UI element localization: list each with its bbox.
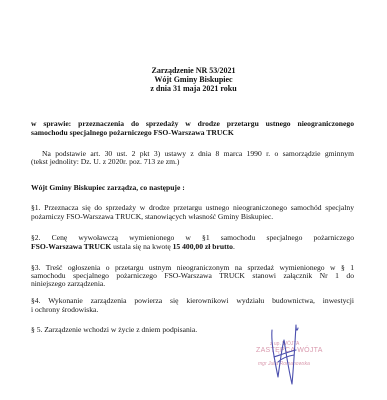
paragraph-1-line-2: pożarniczy FSO-Warszawa TRUCK, stanowiąc…	[31, 212, 273, 221]
decree-title: Zarządzenie NR 53/2021	[0, 66, 387, 75]
paragraph-4-line-2: i ochrony środowiska.	[31, 305, 98, 314]
paragraph-3-line-3: niniejszego zarządzenia.	[31, 279, 105, 288]
starting-price: 15 400,00 zł brutto	[173, 242, 233, 251]
paragraph-2-line-1: §2. Cenę wywoławczą wymienionego w §1 sa…	[31, 233, 354, 242]
paragraph-2-line-2: FSO-Warszawa TRUCK ustala się na kwotę 1…	[31, 242, 235, 251]
decree-date: z dnia 31 maja 2021 roku	[0, 84, 387, 93]
vehicle-name: FSO-Warszawa TRUCK	[31, 242, 111, 251]
decree-intro: Wójt Gminy Biskupiec zarządza, co następ…	[31, 183, 185, 192]
handwritten-signature-icon	[258, 322, 318, 392]
subject-line-2: samochodu specjalnego pożarniczego FSO-W…	[31, 128, 234, 137]
subject-line-1: w sprawie: przeznaczenia do sprzedaży w …	[31, 119, 354, 128]
price-intro: ustala się na kwotę	[111, 242, 172, 251]
paragraph-1-line-1: §1. Przeznacza się do sprzedaży w drodze…	[31, 203, 354, 212]
period: .	[233, 242, 235, 251]
decree-issuer: Wójt Gminy Biskupiec	[0, 75, 387, 84]
paragraph-4-line-1: §4. Wykonanie zarządzenia powierza się k…	[31, 296, 354, 305]
legal-basis-line-2: (tekst jednolity: Dz. U. z 2020r. poz. 7…	[31, 157, 179, 166]
paragraph-5-line-1: § 5. Zarządzenie wchodzi w życie z dniem…	[31, 325, 197, 334]
document-page: Zarządzenie NR 53/2021 Wójt Gminy Biskup…	[0, 0, 387, 400]
